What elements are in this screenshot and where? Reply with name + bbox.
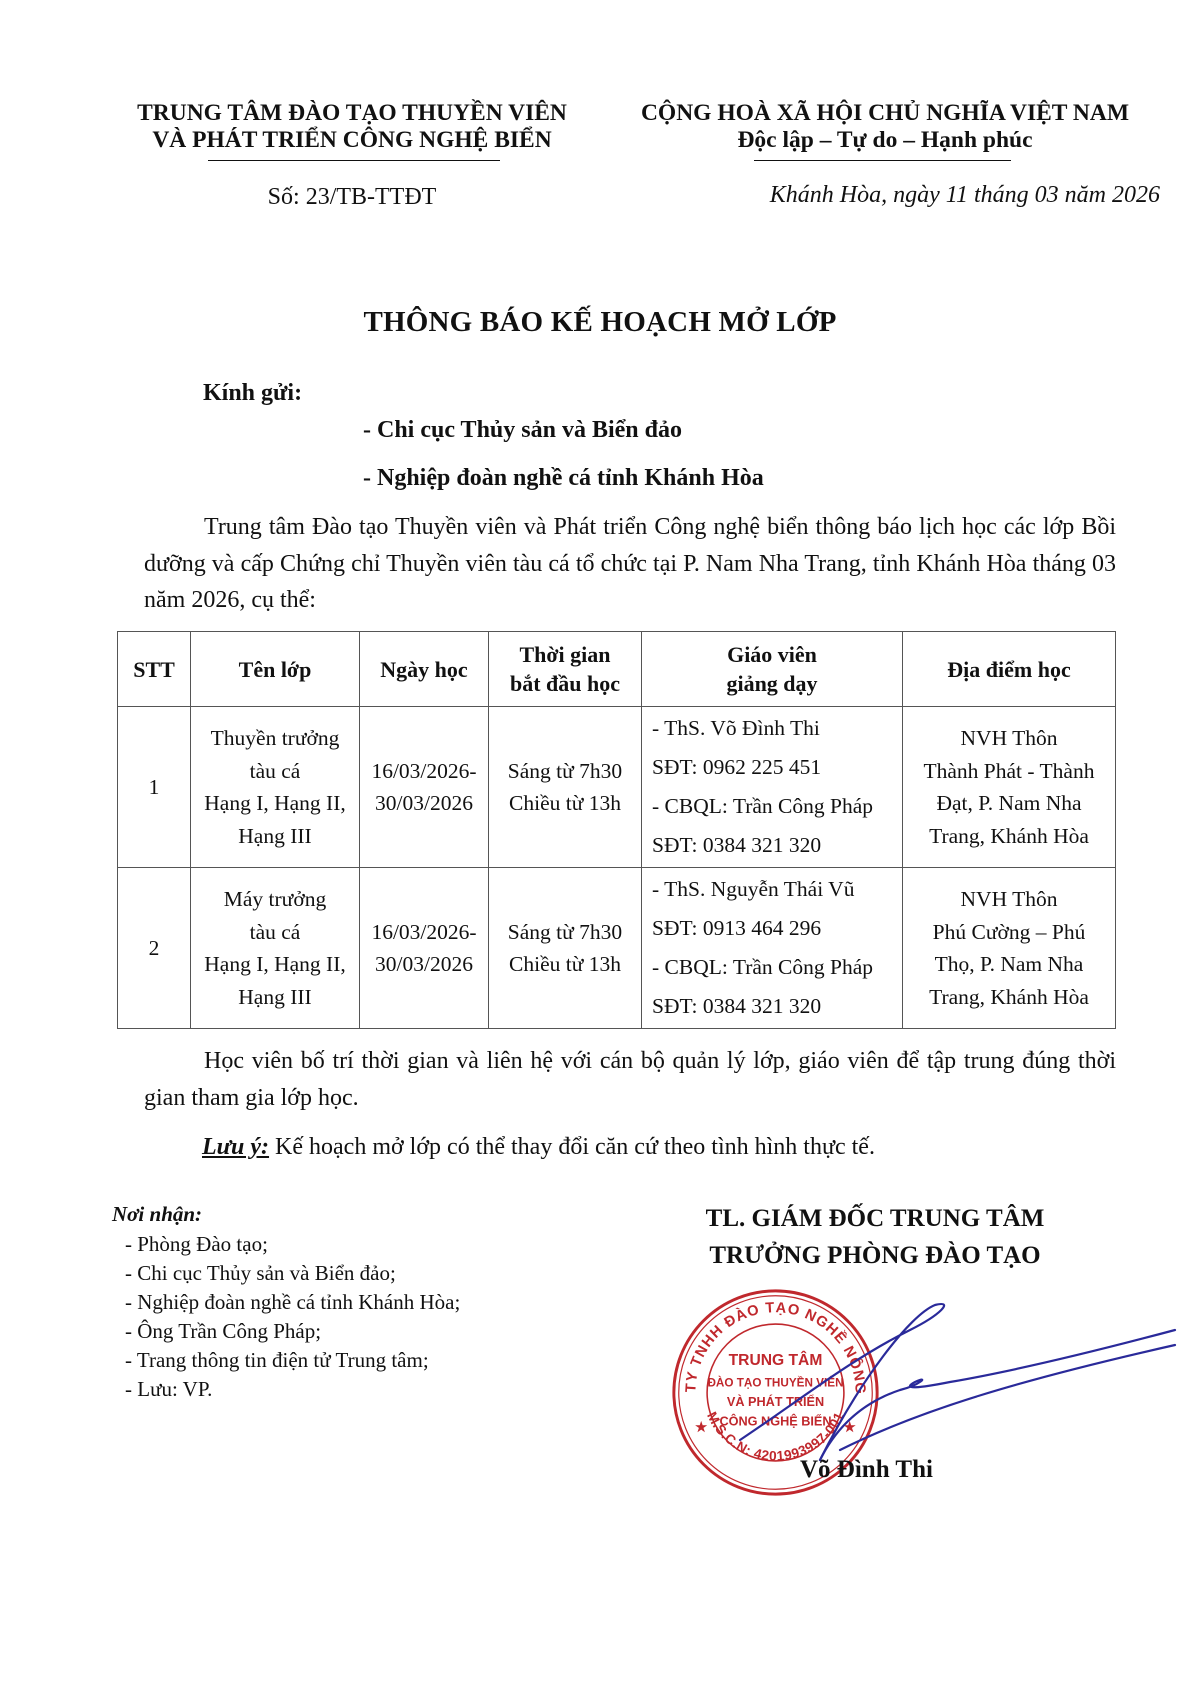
cell-location-line: NVH Thôn bbox=[909, 883, 1109, 916]
cell-class-name-line: Hạng I, Hạng II, bbox=[197, 948, 353, 981]
note: Lưu ý: Kế hoạch mở lớp có thể thay đổi c… bbox=[202, 1134, 875, 1161]
cell-location-line: Trang, Khánh Hòa bbox=[909, 820, 1109, 853]
organization-name: TRUNG TÂM ĐÀO TẠO THUYỀN VIÊN VÀ PHÁT TR… bbox=[112, 100, 592, 154]
cell-dates-line: 16/03/2026- bbox=[366, 916, 482, 949]
cell-teacher-line: SĐT: 0962 225 451 bbox=[652, 748, 896, 787]
addressee-label: Kính gửi: bbox=[203, 380, 302, 407]
organization-name-line2: VÀ PHÁT TRIỂN CÔNG NGHỆ BIỂN bbox=[112, 127, 592, 154]
note-label: Lưu ý: bbox=[202, 1134, 269, 1160]
header-dates: Ngày học bbox=[360, 632, 489, 707]
cell-class-name-line: Thuyền trưởng bbox=[197, 722, 353, 755]
handwritten-signature-icon bbox=[720, 1290, 1180, 1490]
cell-dates: 16/03/2026-30/03/2026 bbox=[360, 868, 489, 1029]
cell-location-line: Thọ, P. Nam Nha bbox=[909, 948, 1109, 981]
recipients-list: - Phòng Đào tạo; - Chi cục Thủy sản và B… bbox=[125, 1230, 460, 1404]
recipient-item: - Chi cục Thủy sản và Biển đảo; bbox=[125, 1259, 460, 1288]
header-start-time-line: bắt đầu học bbox=[495, 669, 635, 698]
closing-paragraph: Học viên bố trí thời gian và liên hệ với… bbox=[144, 1043, 1116, 1116]
cell-teacher-line: - CBQL: Trần Công Pháp bbox=[652, 948, 896, 987]
cell-dates-line: 30/03/2026 bbox=[366, 787, 482, 820]
cell-stt-line: 1 bbox=[124, 771, 184, 804]
national-title: CỘNG HOÀ XÃ HỘI CHỦ NGHĨA VIỆT NAM bbox=[615, 100, 1155, 127]
intro-paragraph: Trung tâm Đào tạo Thuyền viên và Phát tr… bbox=[144, 509, 1116, 619]
cell-teacher-line: SĐT: 0384 321 320 bbox=[652, 987, 896, 1026]
organization-name-line1: TRUNG TÂM ĐÀO TẠO THUYỀN VIÊN bbox=[112, 100, 592, 127]
cell-location: NVH ThônThành Phát - ThànhĐạt, P. Nam Nh… bbox=[903, 707, 1116, 868]
national-motto: Độc lập – Tự do – Hạnh phúc bbox=[615, 127, 1155, 154]
cell-teacher-line: - ThS. Võ Đình Thi bbox=[652, 709, 896, 748]
recipient-item: - Ông Trần Công Pháp; bbox=[125, 1317, 460, 1346]
header-class-name: Tên lớp bbox=[191, 632, 360, 707]
addressee-recipient: - Nghiệp đoàn nghề cá tỉnh Khánh Hòa bbox=[363, 465, 764, 492]
addressee-recipient: - Chi cục Thủy sản và Biển đảo bbox=[363, 417, 682, 444]
cell-start-time-line: Chiều từ 13h bbox=[495, 948, 635, 981]
signer-name: Võ Đình Thi bbox=[800, 1456, 933, 1484]
cell-location-line: Trang, Khánh Hòa bbox=[909, 981, 1109, 1014]
cell-stt: 1 bbox=[118, 707, 191, 868]
table-row: 1Thuyền trưởngtàu cáHạng I, Hạng II,Hạng… bbox=[118, 707, 1116, 868]
cell-dates-line: 16/03/2026- bbox=[366, 755, 482, 788]
recipient-item: - Nghiệp đoàn nghề cá tỉnh Khánh Hòa; bbox=[125, 1288, 460, 1317]
cell-dates: 16/03/2026-30/03/2026 bbox=[360, 707, 489, 868]
cell-class-name-line: Máy trưởng bbox=[197, 883, 353, 916]
cell-location-line: NVH Thôn bbox=[909, 722, 1109, 755]
cell-class-name-line: Hạng III bbox=[197, 820, 353, 853]
cell-teacher-line: - ThS. Nguyễn Thái Vũ bbox=[652, 870, 896, 909]
document-number: Số: 23/TB-TTĐT bbox=[112, 184, 592, 211]
recipient-item: - Phòng Đào tạo; bbox=[125, 1230, 460, 1259]
cell-class-name-line: Hạng I, Hạng II, bbox=[197, 787, 353, 820]
cell-location: NVH ThônPhú Cường – PhúThọ, P. Nam NhaTr… bbox=[903, 868, 1116, 1029]
cell-start-time-line: Sáng từ 7h30 bbox=[495, 755, 635, 788]
cell-location-line: Phú Cường – Phú bbox=[909, 916, 1109, 949]
cell-location-line: Thành Phát - Thành bbox=[909, 755, 1109, 788]
cell-dates-line: 30/03/2026 bbox=[366, 948, 482, 981]
cell-stt-line: 2 bbox=[124, 932, 184, 965]
signature-title-line2: TRƯỞNG PHÒNG ĐÀO TẠO bbox=[650, 1237, 1100, 1274]
header-start-time: Thời gian bắt đầu học bbox=[489, 632, 642, 707]
signature-title: TL. GIÁM ĐỐC TRUNG TÂM TRƯỞNG PHÒNG ĐÀO … bbox=[650, 1200, 1100, 1274]
cell-teacher: - ThS. Võ Đình ThiSĐT: 0962 225 451- CBQ… bbox=[642, 707, 903, 868]
cell-teacher-line: - CBQL: Trần Công Pháp bbox=[652, 787, 896, 826]
cell-start-time-line: Chiều từ 13h bbox=[495, 787, 635, 820]
table-header-row: STT Tên lớp Ngày học Thời gian bắt đầu h… bbox=[118, 632, 1116, 707]
national-header: CỘNG HOÀ XÃ HỘI CHỦ NGHĨA VIỆT NAM Độc l… bbox=[615, 100, 1155, 154]
header-location: Địa điểm học bbox=[903, 632, 1116, 707]
cell-location-line: Đạt, P. Nam Nha bbox=[909, 787, 1109, 820]
signature-title-line1: TL. GIÁM ĐỐC TRUNG TÂM bbox=[650, 1200, 1100, 1237]
organization-underline bbox=[208, 160, 500, 161]
table-row: 2Máy trưởngtàu cáHạng I, Hạng II,Hạng II… bbox=[118, 868, 1116, 1029]
motto-underline bbox=[754, 160, 1011, 161]
note-text: Kế hoạch mở lớp có thể thay đổi căn cứ t… bbox=[269, 1134, 875, 1160]
cell-start-time-line: Sáng từ 7h30 bbox=[495, 916, 635, 949]
cell-class-name-line: tàu cá bbox=[197, 916, 353, 949]
cell-stt: 2 bbox=[118, 868, 191, 1029]
header-teacher-line: Giáo viên bbox=[648, 640, 896, 669]
cell-class-name-line: Hạng III bbox=[197, 981, 353, 1014]
header-teacher-line: giảng dạy bbox=[648, 669, 896, 698]
recipient-item: - Trang thông tin điện tử Trung tâm; bbox=[125, 1346, 460, 1375]
class-schedule-table: STT Tên lớp Ngày học Thời gian bắt đầu h… bbox=[117, 631, 1116, 1029]
cell-class-name-line: tàu cá bbox=[197, 755, 353, 788]
cell-start-time: Sáng từ 7h30Chiều từ 13h bbox=[489, 868, 642, 1029]
header-stt: STT bbox=[118, 632, 191, 707]
recipient-item: - Lưu: VP. bbox=[125, 1375, 460, 1404]
cell-start-time: Sáng từ 7h30Chiều từ 13h bbox=[489, 707, 642, 868]
svg-text:★: ★ bbox=[695, 1420, 708, 1435]
cell-class-name: Máy trưởngtàu cáHạng I, Hạng II,Hạng III bbox=[191, 868, 360, 1029]
cell-class-name: Thuyền trưởngtàu cáHạng I, Hạng II,Hạng … bbox=[191, 707, 360, 868]
header-teacher: Giáo viên giảng dạy bbox=[642, 632, 903, 707]
header-start-time-line: Thời gian bbox=[495, 640, 635, 669]
cell-teacher-line: SĐT: 0384 321 320 bbox=[652, 826, 896, 865]
cell-teacher-line: SĐT: 0913 464 296 bbox=[652, 909, 896, 948]
cell-teacher: - ThS. Nguyễn Thái VũSĐT: 0913 464 296- … bbox=[642, 868, 903, 1029]
place-and-date: Khánh Hòa, ngày 11 tháng 03 năm 2026 bbox=[650, 182, 1160, 209]
document-title: THÔNG BÁO KẾ HOẠCH MỞ LỚP bbox=[0, 306, 1200, 339]
recipients-title: Nơi nhận: bbox=[112, 1202, 202, 1227]
